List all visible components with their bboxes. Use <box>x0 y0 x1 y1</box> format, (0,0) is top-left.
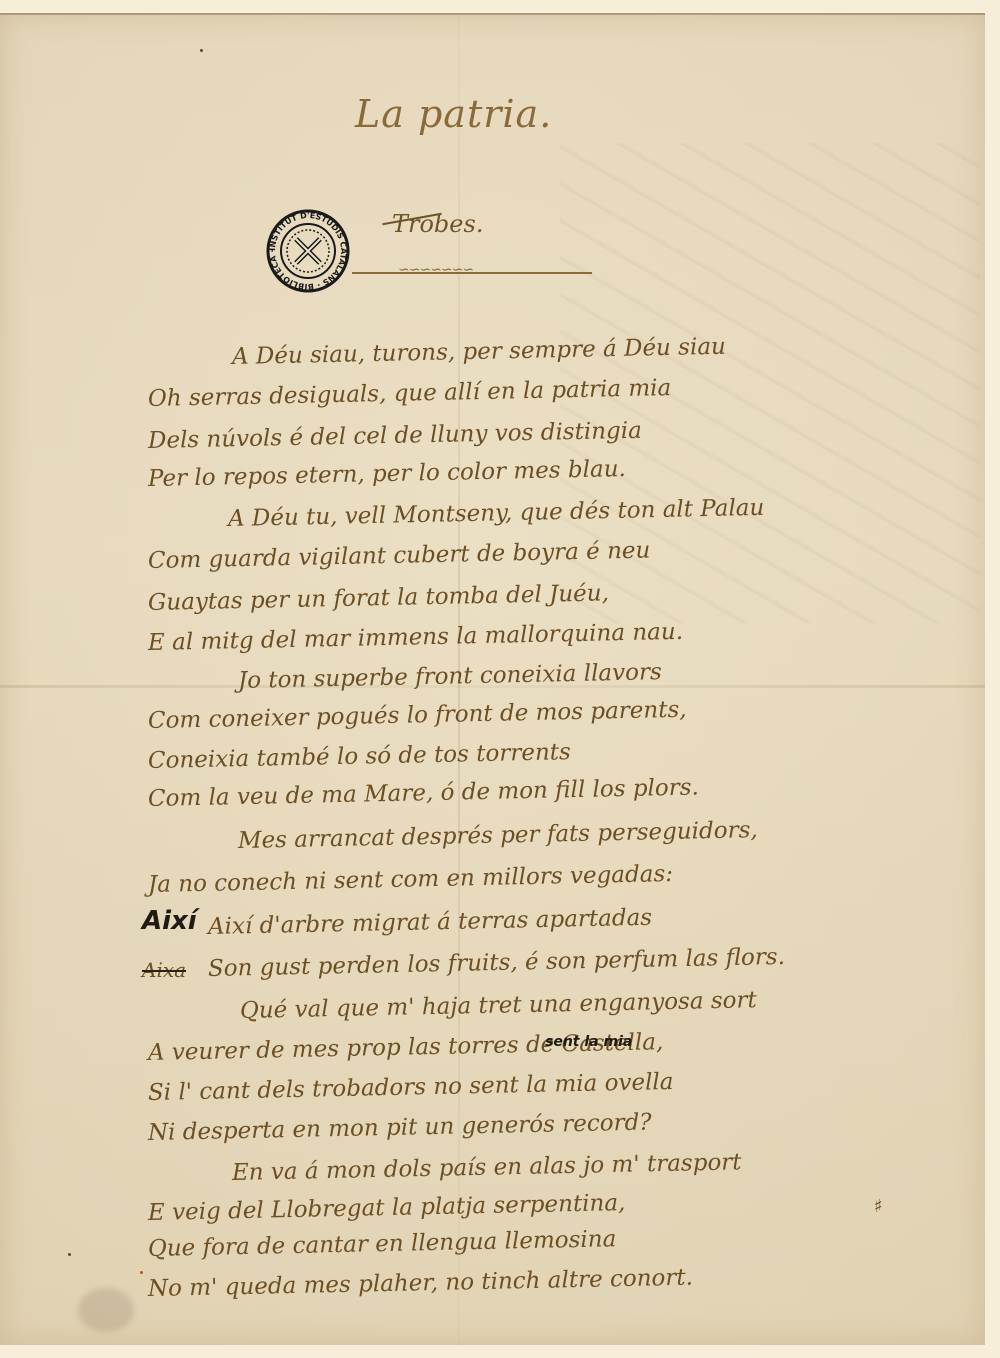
struck-margin-word: Aixa <box>142 958 186 982</box>
interlinear-insert: sent la mia <box>545 1034 632 1050</box>
speck <box>68 1253 71 1256</box>
page-title: La patria. <box>355 92 552 136</box>
speck <box>140 1271 143 1274</box>
margin-correction: Així <box>142 906 197 936</box>
rule-ornament: ∽∽∽∽∽∽∽ <box>398 262 473 278</box>
speck <box>200 49 203 52</box>
paper-edge <box>0 13 985 15</box>
library-stamp-icon: INSTITUT D'ESTUDIS CATALANS · BIBLIOTECA… <box>265 208 351 294</box>
insert-mark: ♯ <box>874 1196 883 1217</box>
stain-mark <box>78 1288 134 1332</box>
subtitle: Trobes. <box>392 210 483 238</box>
